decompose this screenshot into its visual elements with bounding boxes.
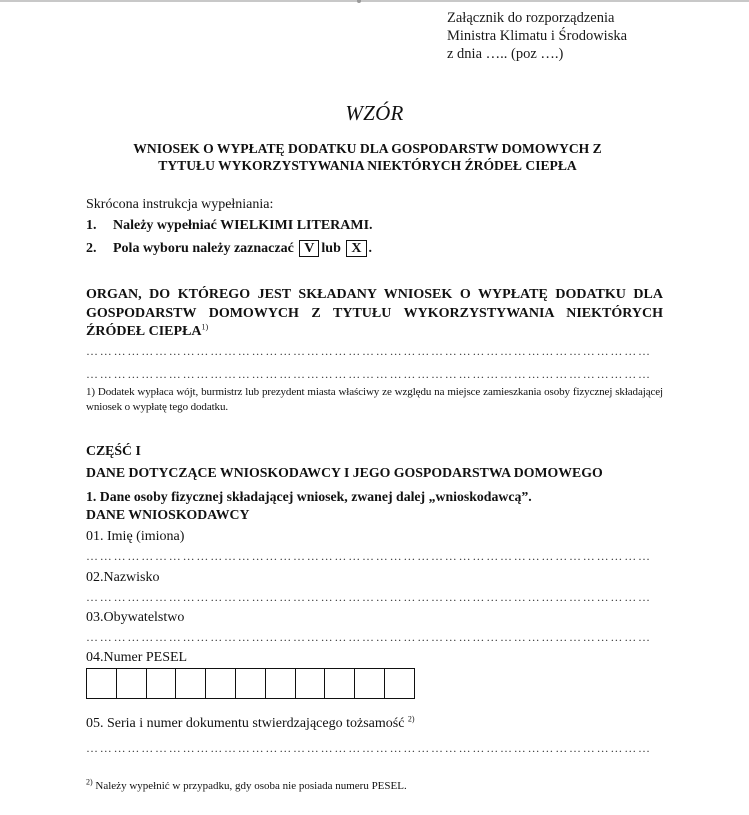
- applicant-data-heading: DANE WNIOSKODAWCY: [86, 507, 249, 523]
- annex-header: Załącznik do rozporządzenia Ministra Kli…: [447, 9, 627, 63]
- instructions-heading: Skrócona instrukcja wypełniania:: [86, 197, 273, 213]
- pesel-digit-cell[interactable]: [206, 669, 236, 698]
- pesel-digit-cell[interactable]: [296, 669, 326, 698]
- pesel-digit-cell[interactable]: [385, 669, 415, 698]
- annex-line-3: z dnia ….. (poz ….): [447, 45, 627, 63]
- pesel-digit-cell[interactable]: [147, 669, 177, 698]
- form-title: WNIOSEK O WYPŁATĘ DODATKU DLA GOSPODARST…: [95, 140, 640, 174]
- pesel-digit-cell[interactable]: [87, 669, 117, 698]
- first-name-input[interactable]: ……………………………………………………………………………………………………………: [86, 549, 650, 563]
- pesel-digit-cell[interactable]: [117, 669, 147, 698]
- id-document-input[interactable]: ……………………………………………………………………………………………………………: [86, 741, 653, 755]
- checkmark-x-example: X: [346, 240, 366, 257]
- pesel-digit-cell[interactable]: [176, 669, 206, 698]
- section-title: DANE DOTYCZĄCE WNIOSKODAWCY I JEGO GOSPO…: [86, 465, 603, 481]
- subsection-title: 1. Dane osoby fizycznej składającej wnio…: [86, 489, 532, 505]
- template-stamp: WZÓR: [0, 101, 749, 126]
- instruction-end: .: [369, 241, 373, 256]
- viewer-scroll-marker: [357, 0, 361, 3]
- checkmark-v-example: V: [299, 240, 319, 257]
- instruction-text: Należy wypełniać WIELKIMI LITERAMI.: [113, 218, 373, 233]
- organ-heading: ORGAN, DO KTÓREGO JEST SKŁADANY WNIOSEK …: [86, 286, 663, 342]
- instruction-text: Pola wyboru należy zaznaczać: [113, 241, 294, 256]
- footnote-2-marker: 2): [86, 777, 93, 786]
- form-title-line-1: WNIOSEK O WYPŁATĘ DODATKU DLA GOSPODARST…: [95, 140, 640, 157]
- footnote-2-text: Należy wypełnić w przypadku, gdy osoba n…: [95, 780, 406, 792]
- instruction-connector: lub: [321, 241, 340, 256]
- footnote-ref-1: 1): [202, 322, 209, 331]
- pesel-digit-cell[interactable]: [355, 669, 385, 698]
- instruction-number: 1.: [86, 218, 113, 234]
- surname-input[interactable]: ……………………………………………………………………………………………………………: [86, 590, 650, 604]
- id-document-label-text: 05. Seria i numer dokumentu stwierdzając…: [86, 716, 404, 731]
- organ-heading-text: ORGAN, DO KTÓREGO JEST SKŁADANY WNIOSEK …: [86, 287, 663, 339]
- organ-input-line-2[interactable]: ……………………………………………………………………………………………………………: [86, 367, 653, 381]
- field-label-citizenship: 03.Obywatelstwo: [86, 610, 184, 626]
- field-label-id-document: 05. Seria i numer dokumentu stwierdzając…: [86, 716, 415, 732]
- field-label-pesel: 04.Numer PESEL: [86, 650, 187, 666]
- instruction-item-2: 2.Pola wyboru należy zaznaczać Vlub X.: [86, 240, 372, 257]
- instruction-item-1: 1.Należy wypełniać WIELKIMI LITERAMI.: [86, 218, 373, 234]
- instruction-number: 2.: [86, 241, 113, 257]
- viewer-top-border: [0, 0, 749, 2]
- pesel-digit-cell[interactable]: [236, 669, 266, 698]
- part-label: CZĘŚĆ I: [86, 443, 141, 459]
- citizenship-input[interactable]: ……………………………………………………………………………………………………………: [86, 630, 650, 644]
- field-label-first-name: 01. Imię (imiona): [86, 529, 184, 545]
- footnote-2: 2) Należy wypełnić w przypadku, gdy osob…: [86, 780, 407, 792]
- footnote-ref-2: 2): [408, 714, 415, 723]
- annex-line-2: Ministra Klimatu i Środowiska: [447, 27, 627, 45]
- pesel-input-grid[interactable]: [86, 668, 415, 699]
- pesel-digit-cell[interactable]: [266, 669, 296, 698]
- pesel-digit-cell[interactable]: [325, 669, 355, 698]
- form-title-line-2: TYTUŁU WYKORZYSTYWANIA NIEKTÓRYCH ŹRÓDEŁ…: [95, 157, 640, 174]
- field-label-surname: 02.Nazwisko: [86, 570, 160, 586]
- annex-line-1: Załącznik do rozporządzenia: [447, 9, 627, 27]
- footnote-1: 1) Dodatek wypłaca wójt, burmistrz lub p…: [86, 385, 663, 415]
- organ-input-line-1[interactable]: ……………………………………………………………………………………………………………: [86, 344, 653, 358]
